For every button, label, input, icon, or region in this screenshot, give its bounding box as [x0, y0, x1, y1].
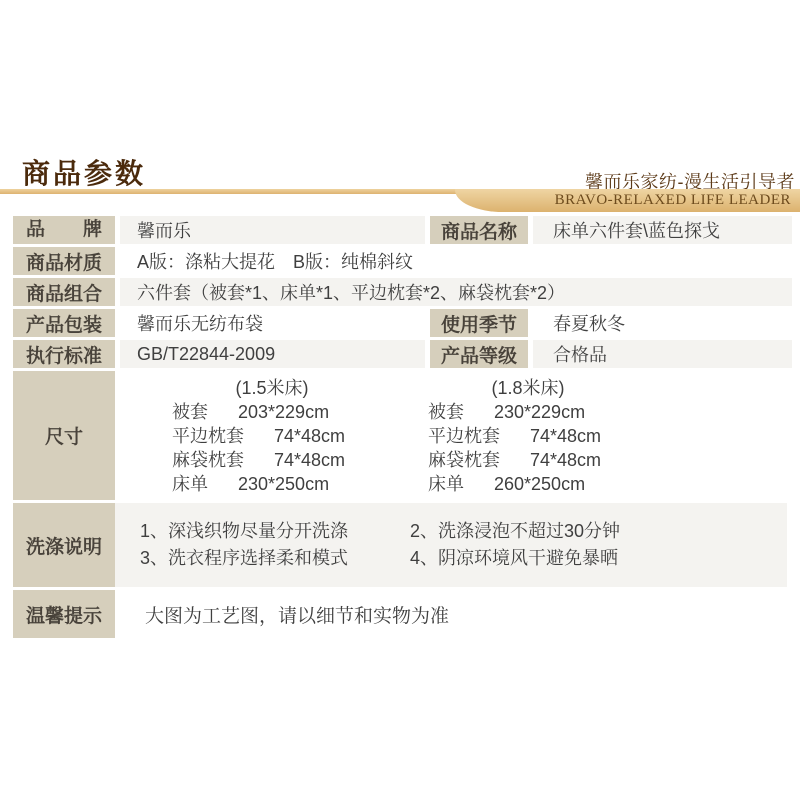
ribbon-divider: BRAVO-RELAXED LIFE LEADER [0, 189, 800, 212]
season-label: 使用季节 [430, 309, 528, 337]
table-row-brand: 品牌 馨而乐 商品名称 床单六件套\蓝色探戈 [13, 216, 792, 244]
size-line: 床单 230*250cm [172, 472, 428, 496]
size-item-name: 被套 [428, 400, 464, 424]
size-header-1-8m: (1.8米床) [428, 376, 628, 400]
notice-label: 温馨提示 [13, 590, 115, 638]
combo-value: 六件套（被套*1、床单*1、平边枕套*2、麻袋枕套*2） [120, 278, 792, 306]
size-line: 麻袋枕套 74*48cm [172, 448, 428, 472]
product-name-value: 床单六件套\蓝色探戈 [533, 216, 792, 244]
size-line: 被套 203*229cm [172, 400, 428, 424]
size-line: 平边枕套 74*48cm [172, 424, 428, 448]
material-value: A版：涤粘大提花 B版：纯棉斜纹 [120, 247, 792, 275]
size-item-name: 麻袋枕套 [172, 448, 244, 472]
size-item-name: 麻袋枕套 [428, 448, 500, 472]
size-item-name: 床单 [172, 472, 208, 496]
size-line: 被套 230*229cm [428, 400, 792, 424]
table-row-washing: 洗涤说明 1、深浅织物尽量分开洗涤 2、洗涤浸泡不超过30分钟 3、洗衣程序选择… [13, 503, 792, 587]
size-line: 床单 260*250cm [428, 472, 792, 496]
material-label: 商品材质 [13, 247, 115, 275]
grade-label: 产品等级 [430, 340, 528, 368]
size-item-name: 被套 [172, 400, 208, 424]
grade-value: 合格品 [533, 340, 792, 368]
size-item-name: 床单 [428, 472, 464, 496]
size-column-1-5m: (1.5米床) 被套 203*229cm 平边枕套 74*48cm 麻袋枕套 7… [120, 376, 428, 496]
size-item-value: 74*48cm [530, 448, 601, 472]
washing-item: 1、深浅织物尽量分开洗涤 [140, 518, 410, 545]
washing-item: 4、阴凉环境风干避免暴晒 [410, 545, 787, 572]
size-item-value: 74*48cm [530, 424, 601, 448]
page-title: 商品参数 [22, 152, 146, 192]
size-content: (1.5米床) 被套 203*229cm 平边枕套 74*48cm 麻袋枕套 7… [120, 371, 792, 500]
brand-value: 馨而乐 [120, 216, 425, 244]
standard-label: 执行标准 [13, 340, 115, 368]
season-value: 春夏秋冬 [533, 309, 792, 337]
packaging-value: 馨而乐无纺布袋 [120, 309, 425, 337]
size-item-name: 平边枕套 [428, 424, 500, 448]
ribbon-band: BRAVO-RELAXED LIFE LEADER [455, 189, 800, 212]
size-item-value: 74*48cm [274, 424, 345, 448]
size-item-value: 260*250cm [494, 472, 585, 496]
size-line: 麻袋枕套 74*48cm [428, 448, 792, 472]
table-row-combo: 商品组合 六件套（被套*1、床单*1、平边枕套*2、麻袋枕套*2） [13, 278, 792, 306]
table-row-packaging: 产品包装 馨而乐无纺布袋 使用季节 春夏秋冬 [13, 309, 792, 337]
size-item-value: 230*250cm [238, 472, 329, 496]
brand-label: 品牌 [13, 216, 115, 244]
size-line: 平边枕套 74*48cm [428, 424, 792, 448]
brand-slogan-en: BRAVO-RELAXED LIFE LEADER [555, 192, 791, 209]
table-row-standard: 执行标准 GB/T22844-2009 产品等级 合格品 [13, 340, 792, 368]
table-row-material: 商品材质 A版：涤粘大提花 B版：纯棉斜纹 [13, 247, 792, 275]
table-row-notice: 温馨提示 大图为工艺图，请以细节和实物为准 [13, 590, 792, 638]
notice-value: 大图为工艺图，请以细节和实物为准 [120, 590, 792, 638]
washing-label: 洗涤说明 [13, 503, 115, 587]
washing-item: 3、洗衣程序选择柔和模式 [140, 545, 410, 572]
spec-table: 品牌 馨而乐 商品名称 床单六件套\蓝色探戈 商品材质 A版：涤粘大提花 B版：… [13, 216, 792, 641]
standard-value: GB/T22844-2009 [120, 340, 425, 368]
size-header-1-5m: (1.5米床) [172, 376, 372, 400]
washing-item: 2、洗涤浸泡不超过30分钟 [410, 518, 787, 545]
combo-label: 商品组合 [13, 278, 115, 306]
size-column-1-8m: (1.8米床) 被套 230*229cm 平边枕套 74*48cm 麻袋枕套 7… [428, 376, 792, 496]
product-name-label: 商品名称 [430, 216, 528, 244]
size-item-value: 203*229cm [238, 400, 329, 424]
table-row-size: 尺寸 (1.5米床) 被套 203*229cm 平边枕套 74*48cm 麻袋枕… [13, 371, 792, 500]
washing-instructions: 1、深浅织物尽量分开洗涤 2、洗涤浸泡不超过30分钟 3、洗衣程序选择柔和模式 … [115, 503, 787, 587]
size-item-value: 230*229cm [494, 400, 585, 424]
size-item-name: 平边枕套 [172, 424, 244, 448]
size-item-value: 74*48cm [274, 448, 345, 472]
size-label: 尺寸 [13, 371, 115, 500]
packaging-label: 产品包装 [13, 309, 115, 337]
